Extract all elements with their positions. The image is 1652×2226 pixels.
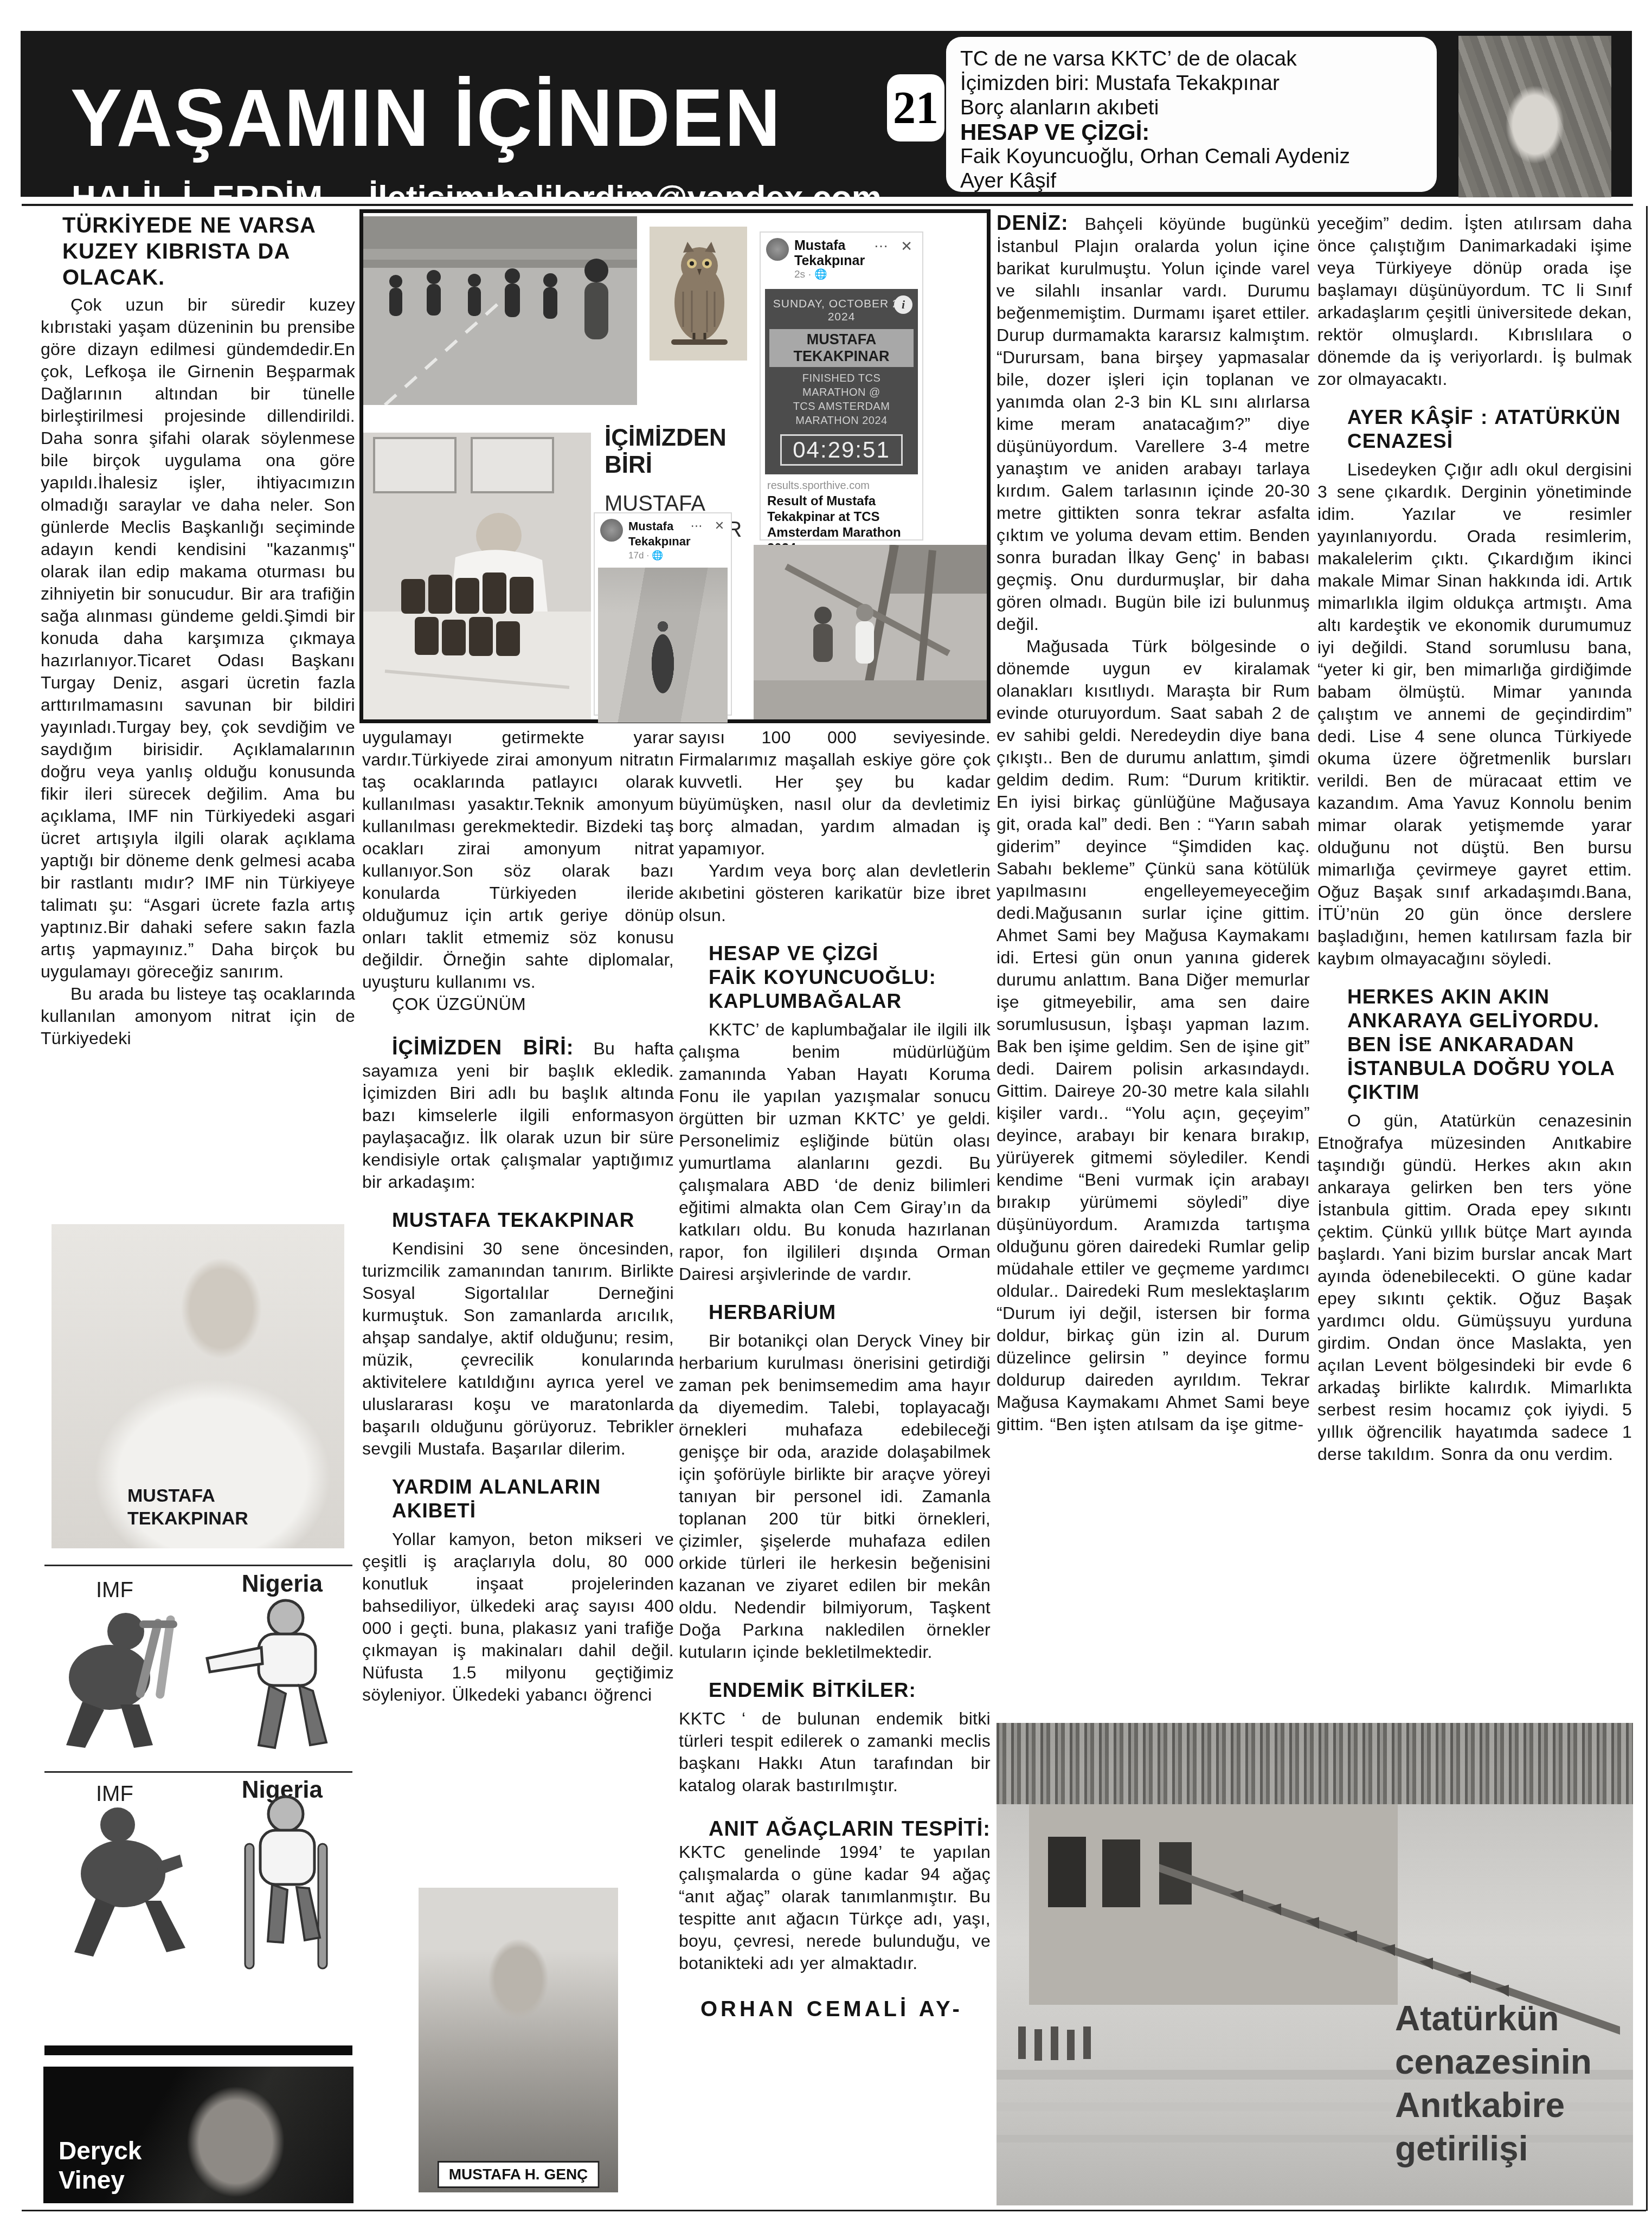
column-5: yeceğim” dedim. İşten atılırsam daha önc… [1317, 213, 1632, 1720]
tekakpinar-photo: MUSTAFA TEKAKPINAR [52, 1224, 344, 1548]
right-border-rule [1646, 206, 1648, 2211]
info-icon: i [894, 295, 912, 314]
anitkabir-caption: Atatürkün cenazesinin Anıtkabire getiril… [1395, 1997, 1592, 2170]
col2-heading-yardim: YARDIM ALANLARIN AKIBETİ [392, 1475, 674, 1523]
col4-deniz-lead: DENİZ: [997, 213, 1069, 235]
close-icon: ✕ [715, 519, 729, 532]
col2-sad-line: ÇOK ÜZGÜNÜM [362, 993, 674, 1015]
more-icon: ⋯ [691, 519, 707, 532]
collage-label-title: İÇİMİZDEN BİRİ [605, 424, 732, 479]
tekakpinar-photo-caption: MUSTAFA TEKAKPINAR [127, 1484, 248, 1530]
column-4: DENİZ: Bahçeli köyünde bugünkü İstanbul … [997, 213, 1310, 1723]
col5-paragraph: yeceğim” dedim. İşten atılırsam daha önc… [1317, 213, 1632, 390]
col4-paragraph: Mağusada Türk bölgesinde o dönemde uygun… [997, 635, 1310, 1436]
author-portrait-photo [1458, 36, 1611, 197]
col3-continuation-name: ORHAN CEMALİ AY- [700, 1998, 991, 2021]
col2-paragraph: Yollar kamyon, beton mikseri ve çeşitli … [362, 1528, 674, 1706]
result-date: SUNDAY, OCTOBER 20, 2024 [769, 298, 914, 324]
column-3: sayısı 100 000 seviyesinde. Firmalarımız… [679, 726, 991, 2201]
col3-heading-hesap: HESAP VE ÇİZGİ FAİK KOYUNCUOĞLU: KAPLUMB… [709, 942, 991, 1013]
col2-paragraph: uygulamayı getirmekte yarar vardır.Türki… [362, 726, 674, 993]
cartoon-bottom-bar [44, 2045, 352, 2055]
cartoon2-drawing [44, 1773, 352, 2044]
col3-paragraph: sayısı 100 000 seviyesinde. Firmalarımız… [679, 726, 991, 860]
topics-box: TC de ne varsa KKTC’ de de olacak İçimiz… [946, 37, 1437, 192]
col2-paragraph: Kendisini 30 sene öncesinden, turizmcili… [362, 1238, 674, 1460]
fb-post-author: Mustafa Tekakpınar [794, 238, 874, 268]
result-runner-name: MUSTAFA TEKAKPINAR [769, 329, 914, 367]
col3-paragraph: KKTC ‘ de bulunan endemik bitki türleri … [679, 1708, 991, 1797]
facebook-post-marathon: Mustafa Tekakpınar 2s · 🌐 ⋯ ✕ i SUNDAY, … [760, 231, 923, 541]
result-finish-time: 04:29:51 [780, 434, 903, 466]
col1-heading: TÜRKİYEDE NE VARSA KUZEY KIBRISTA DA OLA… [62, 213, 355, 291]
fb-avatar-icon [766, 238, 789, 261]
page-title: YAŞAMIN İÇİNDEN [70, 71, 782, 165]
cartoon1-drawing [44, 1566, 352, 1771]
col5-paragraph: Lisedeyken Çığır adlı okul dergisini 3 s… [1317, 459, 1632, 970]
mustafa-genc-photo: MUSTAFA H. GENÇ [419, 1888, 618, 2192]
topic-line: Ayer Kâşif [960, 169, 1423, 193]
col3-paragraph: KKTC’ de kaplumbağalar ile ilgili ilk ça… [679, 1019, 991, 1285]
result-link: results.sporthive.com [767, 480, 916, 492]
honey-jars-photo [363, 433, 591, 719]
bottom-border-rule [22, 2210, 1646, 2211]
marathon-result-card: i SUNDAY, OCTOBER 20, 2024 MUSTAFA TEKAK… [765, 289, 918, 474]
cartoon-divider [44, 1771, 352, 1773]
close-icon: ✕ [901, 238, 917, 254]
author-name: HALİL İ. ERDİM [72, 178, 323, 217]
deryck-viney-photo: Deryck Viney [43, 2067, 353, 2203]
topic-line-bold: HESAP VE ÇİZGİ: [960, 120, 1423, 144]
fb-avatar-icon [600, 519, 623, 542]
fb-post-author: Mustafa Tekakpınar [628, 519, 691, 549]
col3-paragraph: Bir botanikçi olan Deryck Viney bir herb… [679, 1330, 991, 1663]
deryck-viney-caption: Deryck Viney [59, 2136, 142, 2195]
owl-drawing [650, 227, 747, 361]
column-2: uygulamayı getirmekte yarar vardır.Türki… [362, 726, 674, 1881]
col4-paragraph: Bahçeli köyünde bugünkü İstanbul Plajın … [997, 214, 1310, 634]
fb-post-meta: 2s · 🌐 [794, 268, 874, 281]
mural-photo [598, 568, 728, 723]
topic-line: TC de ne varsa KKTC’ de de olacak [960, 47, 1423, 71]
topic-line: Faik Koyuncuoğlu, Orhan Cemali Aydeniz [960, 144, 1423, 169]
fb-post-meta: 17d · 🌐 [628, 549, 691, 562]
newspaper-page: YAŞAMIN İÇİNDEN 21 HALİL İ. ERDİM İletiş… [0, 0, 1652, 2226]
marathon-runners-photo [363, 216, 637, 405]
mustafa-genc-caption: MUSTAFA H. GENÇ [438, 2161, 600, 2188]
col2-heading-mustafa: MUSTAFA TEKAKPINAR [392, 1208, 674, 1232]
col1-paragraph: Çok uzun bir süredir kuzey kıbrıstaki ya… [41, 294, 355, 983]
result-line2: TCS AMSTERDAM MARATHON 2024 [769, 400, 914, 428]
col5-paragraph: O gün, Atatürkün cenazesinin Etnoğrafya … [1317, 1110, 1632, 1465]
col3-paragraph: Yardım veya borç alan devletlerin akıbet… [679, 860, 991, 927]
col3-heading-endemik: ENDEMİK BİTKİLER: [709, 1678, 991, 1702]
col2-paragraph: Bu hafta sayamıza yeni bir başlık ekledi… [362, 1039, 674, 1192]
photo-collage-frame: Mustafa Tekakpınar 2s · 🌐 ⋯ ✕ i SUNDAY, … [359, 209, 991, 723]
anitkabir-funeral-photo: Atatürkün cenazesinin Anıtkabire getiril… [997, 1723, 1633, 2205]
col3-heading-herbarium: HERBARİUM [709, 1301, 991, 1324]
topic-line: İçimizden biri: Mustafa Tekakpınar [960, 71, 1423, 95]
col5-heading-herkes: HERKES AKIN AKIN ANKARAYA GELİYORDU. BEN… [1347, 985, 1632, 1104]
topic-line: Borç alanların akıbeti [960, 95, 1423, 120]
col2-section-lead: İÇİMİZDEN BİRİ: [392, 1037, 574, 1059]
facebook-post-mural: Mustafa Tekakpınar 17d · 🌐 ⋯ ✕ [594, 512, 732, 716]
column-1: TÜRKİYEDE NE VARSA KUZEY KIBRISTA DA OLA… [41, 213, 355, 1221]
more-icon: ⋯ [874, 238, 892, 254]
result-line1: FINISHED TCS MARATHON @ [769, 371, 914, 400]
col3-heading-anit: ANIT AĞAÇLARIN TESPİTİ: [709, 1818, 991, 1841]
page-number-badge: 21 [887, 74, 944, 141]
col3-paragraph: KKTC genelinde 1994’ te yapılan çalışmal… [679, 1842, 991, 1973]
col5-heading-ayer: AYER KÂŞİF : ATATÜRKÜN CENAZESİ [1347, 406, 1632, 453]
imf-nigeria-cartoon: IMF Nigeria IMF Nigeria [44, 1565, 352, 2055]
col1-paragraph: Bu arada bu listeye taş ocaklarında kull… [41, 983, 355, 1050]
courtyard-photo [754, 545, 987, 719]
header-rule [22, 204, 1633, 206]
